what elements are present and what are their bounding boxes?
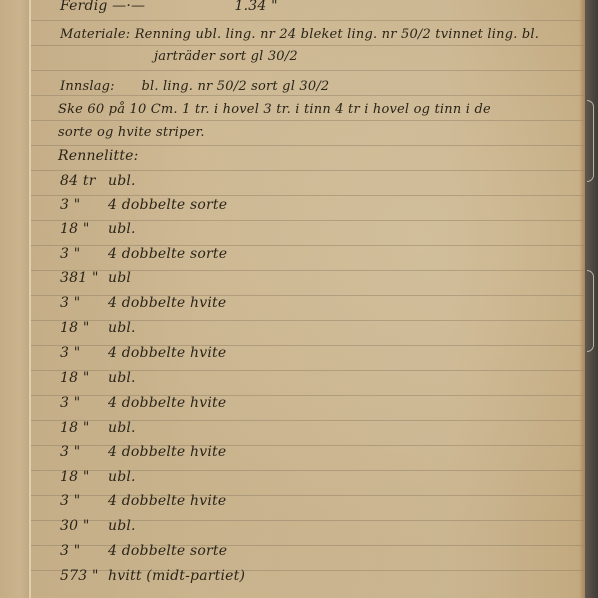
warp-desc: 4 dobbelte sorte	[108, 539, 227, 564]
notebook-page: Ferdig —·— 1.34 " Materiale: Renning ubl…	[31, 0, 585, 598]
warp-qty: 3 "	[60, 489, 108, 514]
warp-qty: 381 "	[60, 266, 108, 291]
reed-value-continued: sorte og hvite striper.	[58, 125, 205, 140]
material-value: Renning ubl. ling. nr 24 bleket ling. nr…	[135, 27, 539, 42]
binding-background	[585, 0, 598, 598]
warp-qty: 3 "	[60, 539, 108, 564]
warp-desc: hvitt (midt-partiet)	[108, 564, 245, 589]
warp-desc: ubl.	[108, 366, 136, 391]
finished-value: 1.34 "	[235, 0, 278, 14]
weft-label: Innslag:	[60, 79, 115, 94]
warp-desc: ubl.	[108, 465, 136, 490]
left-page-edge	[0, 0, 29, 598]
warp-desc: ubl.	[108, 514, 136, 539]
reed-line-continued: sorte og hvite striper.	[58, 120, 205, 145]
warp-qty: 18 "	[60, 217, 108, 242]
warp-desc: ubl.	[108, 316, 136, 341]
warp-desc: 4 dobbelte sorte	[108, 193, 227, 218]
warp-desc: ubl.	[108, 416, 136, 441]
finished-label: Ferdig —·—	[60, 0, 145, 14]
warp-desc: 4 dobbelte hvite	[108, 391, 226, 416]
warp-qty: 573 "	[60, 564, 108, 589]
warp-desc: 4 dobbelte sorte	[108, 242, 227, 267]
binding-thread	[587, 100, 594, 182]
warp-desc: 4 dobbelte hvite	[108, 291, 226, 316]
material-label: Materiale:	[60, 27, 130, 42]
reed-value: Ske 60 på 10 Cm. 1 tr. i hovel 3 tr. i t…	[58, 102, 491, 117]
warp-desc: 4 dobbelte hvite	[108, 341, 226, 366]
warp-qty: 18 "	[60, 416, 108, 441]
warp-desc: 4 dobbelte hvite	[108, 489, 226, 514]
warp-qty: 18 "	[60, 316, 108, 341]
warp-desc: ubl.	[108, 169, 136, 194]
warp-qty: 30 "	[60, 514, 108, 539]
weft-line: Innslag: bl. ling. nr 50/2 sort gl 30/2	[60, 74, 329, 99]
warp-qty: 18 "	[60, 465, 108, 490]
warp-desc: ubl.	[108, 217, 136, 242]
warp-qty: 3 "	[60, 391, 108, 416]
binding-thread	[587, 270, 594, 352]
warp-qty: 18 "	[60, 366, 108, 391]
notebook-photo: Ferdig —·— 1.34 " Materiale: Renning ubl…	[0, 0, 598, 598]
warp-qty: 3 "	[60, 193, 108, 218]
reed-line: Ske 60 på 10 Cm. 1 tr. i hovel 3 tr. i t…	[58, 97, 491, 122]
finished-length-line: Ferdig —·— 1.34 "	[60, 0, 278, 19]
warp-desc: 4 dobbelte hvite	[108, 440, 226, 465]
warp-qty: 3 "	[60, 440, 108, 465]
warp-qty: 3 "	[60, 341, 108, 366]
material-value-continued: jarträder sort gl 30/2	[154, 49, 298, 64]
warp-qty: 3 "	[60, 242, 108, 267]
warp-qty: 84 tr	[60, 169, 108, 194]
section-title: Rennelitte:	[58, 144, 139, 169]
material-line: Materiale: Renning ubl. ling. nr 24 blek…	[60, 22, 539, 47]
warp-qty: 3 "	[60, 291, 108, 316]
warp-desc: ubl	[108, 266, 131, 291]
weft-value: bl. ling. nr 50/2 sort gl 30/2	[141, 79, 329, 94]
material-line-continued: jarträder sort gl 30/2	[154, 44, 298, 69]
